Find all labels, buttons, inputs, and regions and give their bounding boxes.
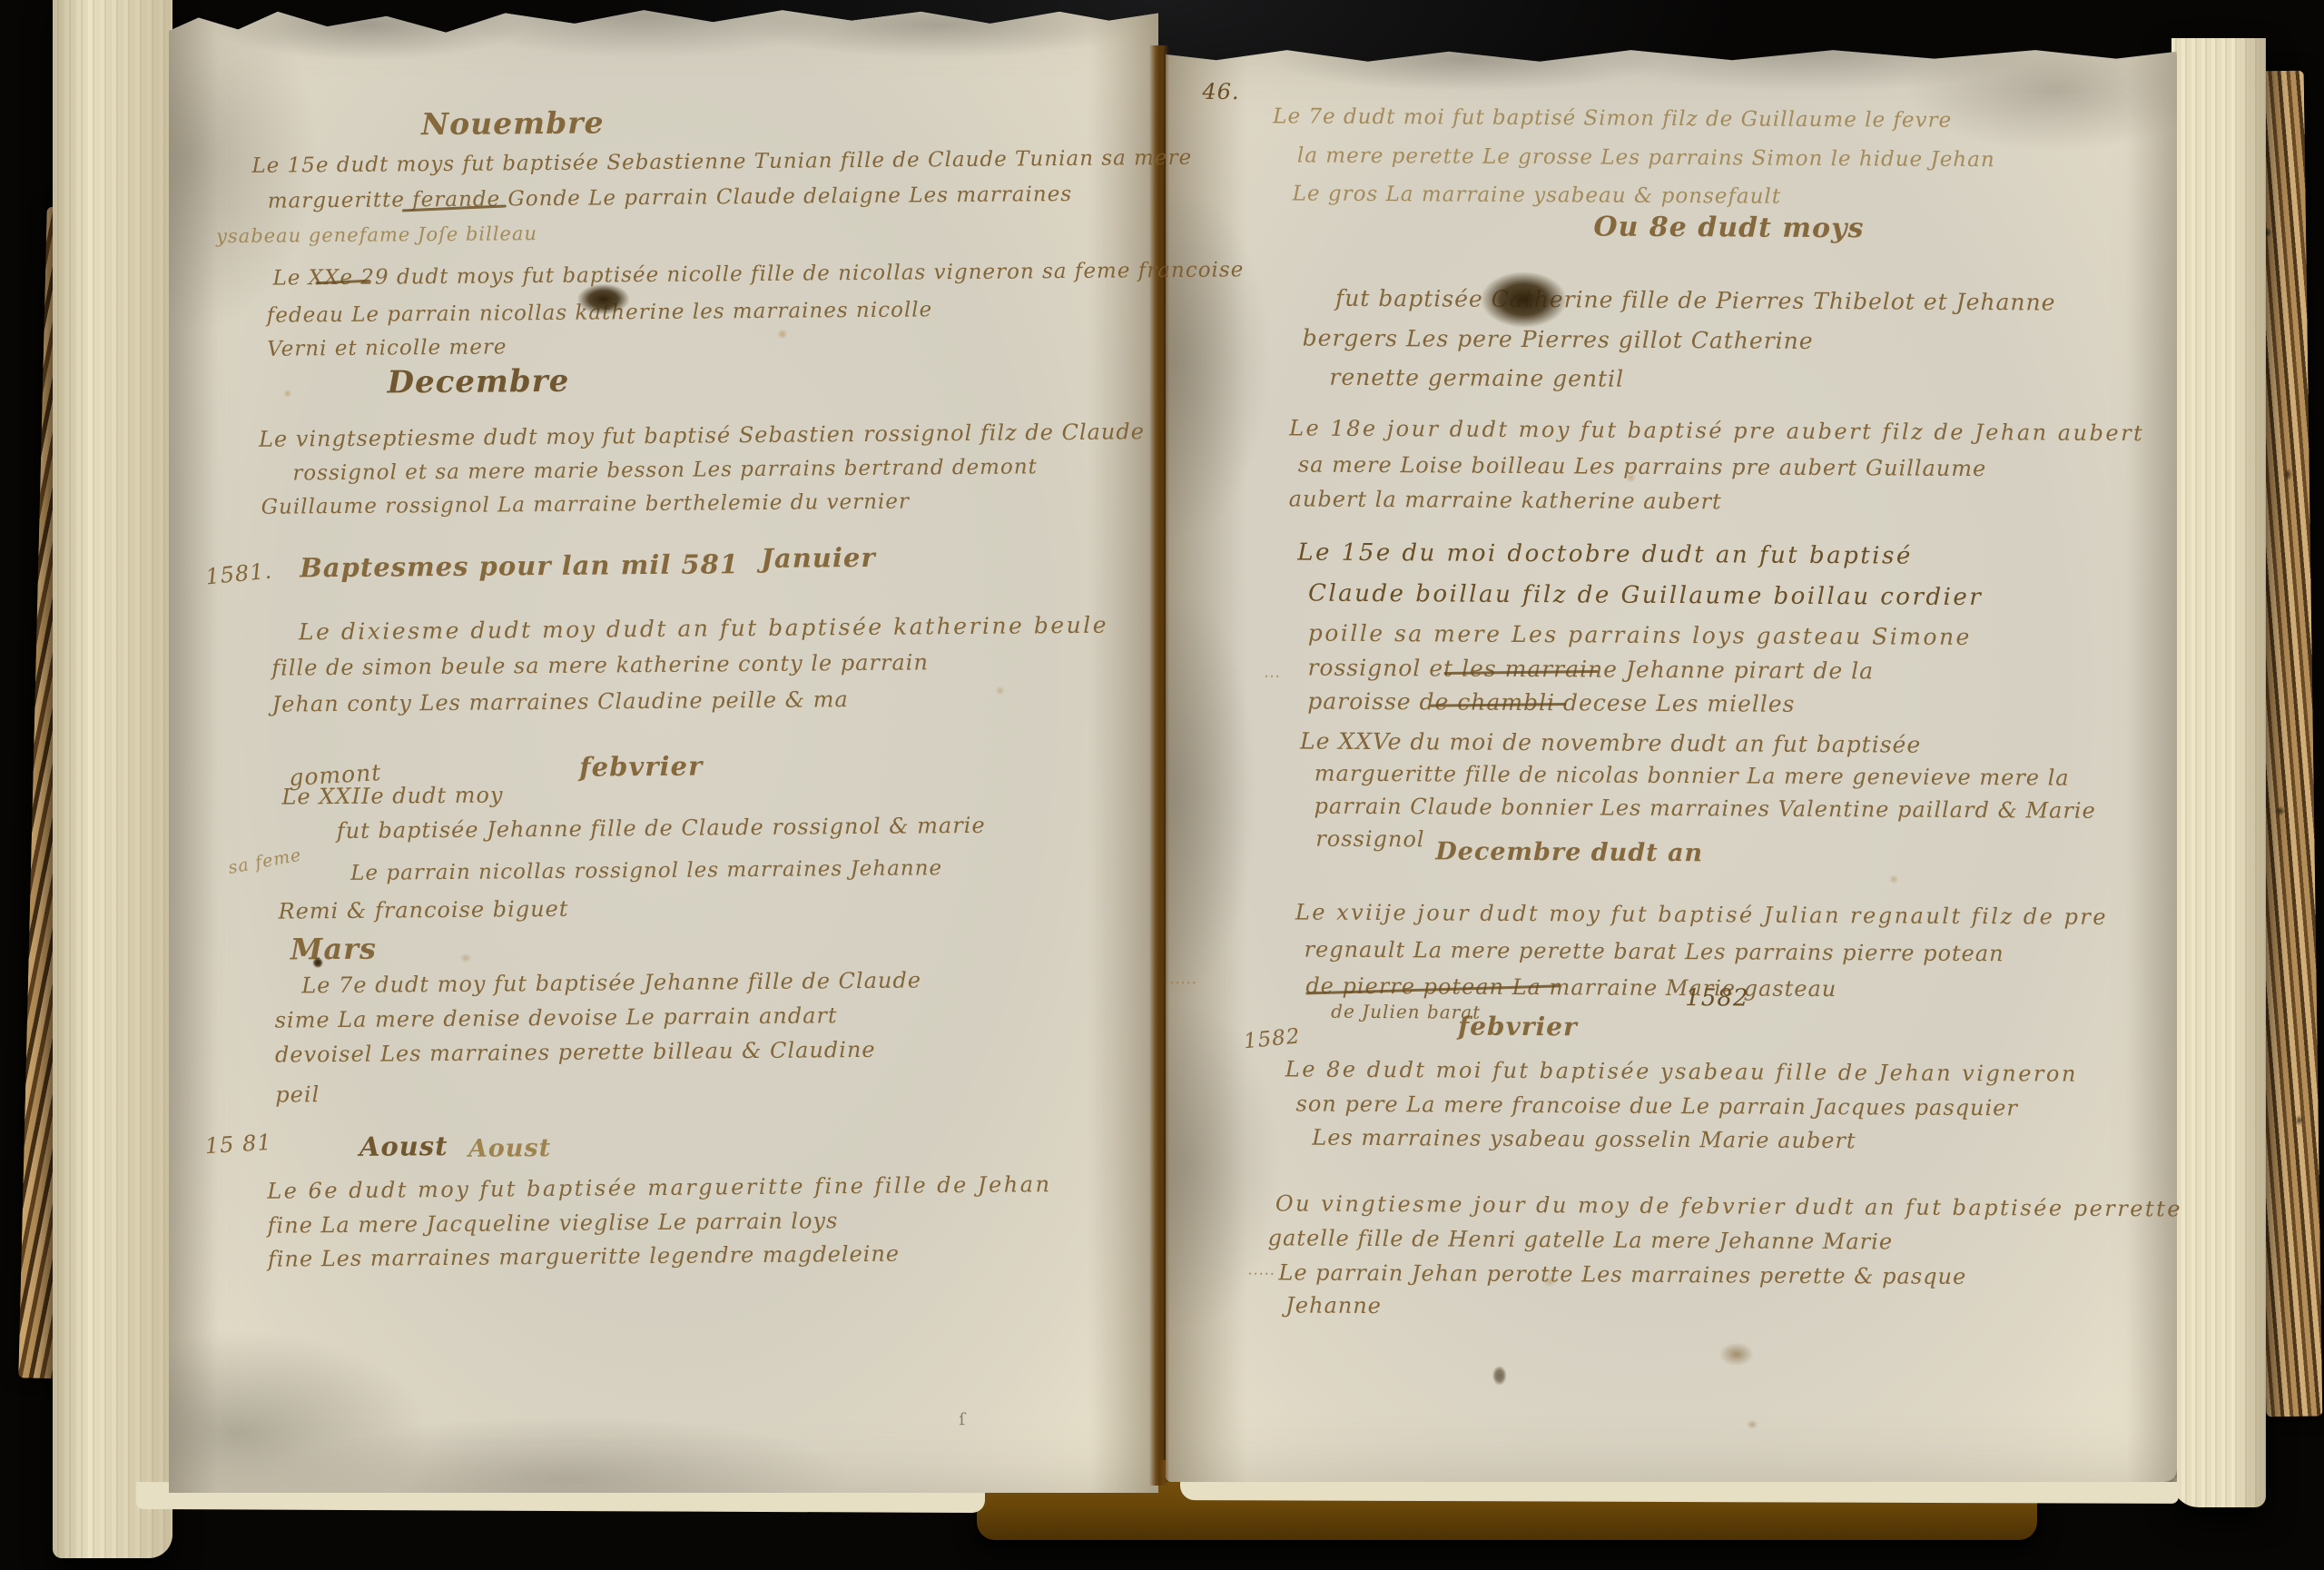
book-gutter <box>1149 45 1169 1486</box>
manuscript-page-left <box>169 7 1158 1493</box>
manuscript-photo: Nouembre Le 15e dudt moys fut baptisée S… <box>0 0 2324 1570</box>
page-block-edge-left <box>53 0 172 1558</box>
page-block-edge-right <box>2171 38 2266 1507</box>
manuscript-page-right <box>1166 47 2177 1482</box>
